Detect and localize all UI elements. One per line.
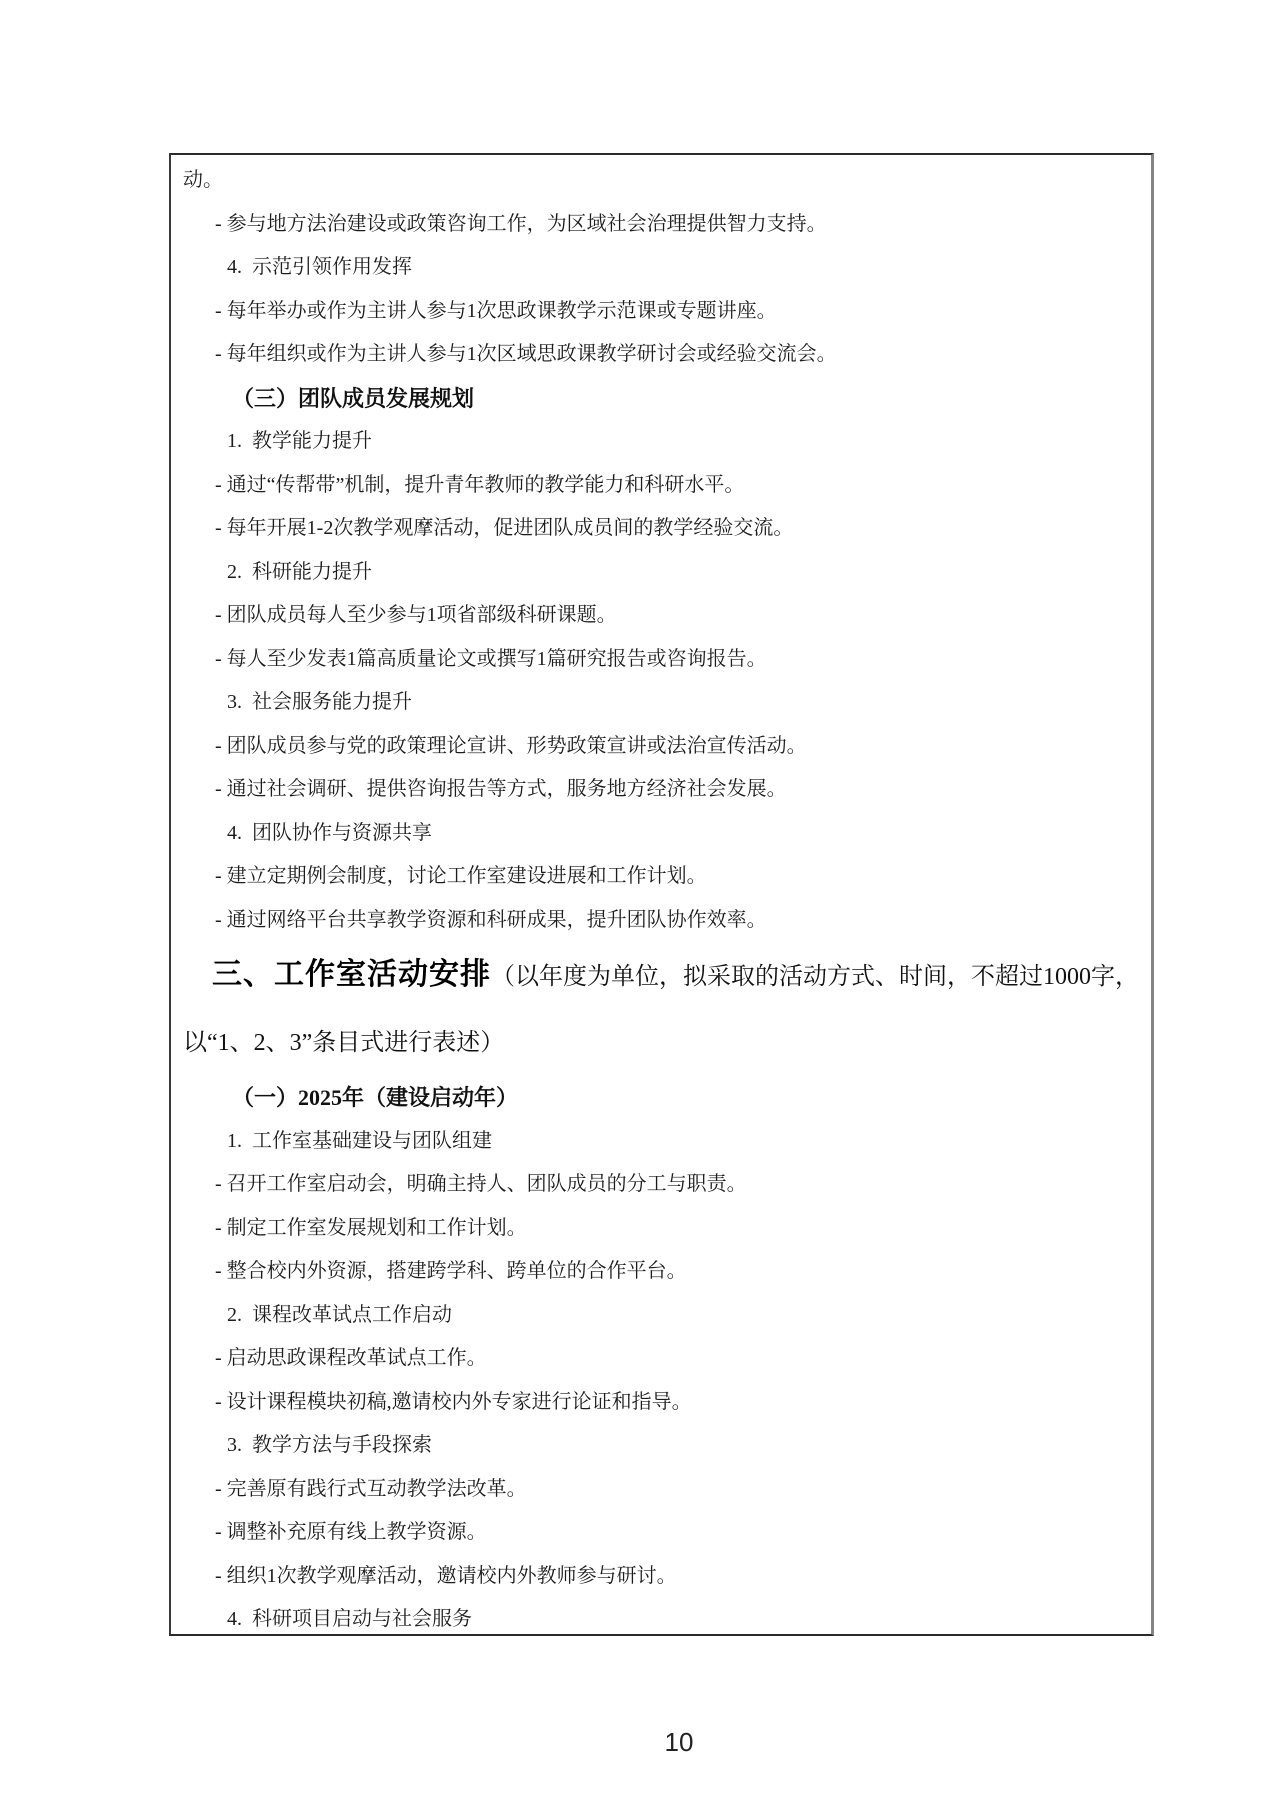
- numbered-item: 4. 团队协作与资源共享: [183, 812, 1139, 856]
- list-item: - 通过“传帮带”机制，提升青年教师的教学能力和科研水平。: [183, 464, 1139, 508]
- list-item: - 启动思政课程改革试点工作。: [183, 1337, 1139, 1381]
- numbered-item: 4. 科研项目启动与社会服务: [183, 1598, 1139, 1636]
- list-item: - 设计课程模块初稿,邀请校内外专家进行论证和指导。: [183, 1381, 1139, 1425]
- numbered-item: 4. 示范引领作用发挥: [183, 246, 1139, 290]
- list-item: - 召开工作室启动会，明确主持人、团队成员的分工与职责。: [183, 1163, 1139, 1207]
- list-item: - 调整补充原有线上教学资源。: [183, 1511, 1139, 1555]
- list-item: - 制定工作室发展规划和工作计划。: [183, 1207, 1139, 1251]
- list-item: - 团队成员每人至少参与1项省部级科研课题。: [183, 594, 1139, 638]
- cell-content: 动。 - 参与地方法治建设或政策咨询工作，为区域社会治理提供智力支持。 4. 示…: [171, 155, 1151, 1636]
- numbered-item: 3. 教学方法与手段探索: [183, 1424, 1139, 1468]
- list-item: - 通过社会调研、提供咨询报告等方式，服务地方经济社会发展。: [183, 768, 1139, 812]
- numbered-item: 2. 课程改革试点工作启动: [183, 1294, 1139, 1338]
- section-heading-activities: 三、工作室活动安排（以年度为单位，拟采取的活动方式、时间，不超过1000字，以“…: [183, 942, 1139, 1076]
- carryover-text: 动。: [183, 159, 1139, 203]
- numbered-item: 3. 社会服务能力提升: [183, 681, 1139, 725]
- list-item: - 通过网络平台共享教学资源和科研成果，提升团队协作效率。: [183, 899, 1139, 943]
- list-item: - 每年开展1-2次教学观摩活动，促进团队成员间的教学经验交流。: [183, 507, 1139, 551]
- page-number: 10: [649, 1727, 709, 1758]
- subsection-heading-2025: （一）2025年（建设启动年）: [183, 1076, 1139, 1120]
- list-item: - 完善原有践行式互动教学法改革。: [183, 1468, 1139, 1512]
- subsection-heading-team-development: （三）团队成员发展规划: [183, 377, 1139, 421]
- list-item: - 每年举办或作为主讲人参与1次思政课教学示范课或专题讲座。: [183, 290, 1139, 334]
- list-item: - 建立定期例会制度，讨论工作室建设进展和工作计划。: [183, 855, 1139, 899]
- section-heading-title: 三、工作室活动安排: [212, 958, 491, 991]
- list-item: - 参与地方法治建设或政策咨询工作，为区域社会治理提供智力支持。: [183, 203, 1139, 247]
- numbered-item: 2. 科研能力提升: [183, 551, 1139, 595]
- numbered-item: 1. 教学能力提升: [183, 420, 1139, 464]
- list-item: - 组织1次教学观摩活动，邀请校内外教师参与研讨。: [183, 1555, 1139, 1599]
- numbered-item: 1. 工作室基础建设与团队组建: [183, 1120, 1139, 1164]
- list-item: - 整合校内外资源，搭建跨学科、跨单位的合作平台。: [183, 1250, 1139, 1294]
- list-item: - 团队成员参与党的政策理论宣讲、形势政策宣讲或法治宣传活动。: [183, 725, 1139, 769]
- list-item: - 每人至少发表1篇高质量论文或撰写1篇研究报告或咨询报告。: [183, 638, 1139, 682]
- document-page: 动。 - 参与地方法治建设或政策咨询工作，为区域社会治理提供智力支持。 4. 示…: [0, 0, 1272, 1800]
- list-item: - 每年组织或作为主讲人参与1次区域思政课教学研讨会或经验交流会。: [183, 333, 1139, 377]
- form-table-cell: 动。 - 参与地方法治建设或政策咨询工作，为区域社会治理提供智力支持。 4. 示…: [169, 153, 1154, 1636]
